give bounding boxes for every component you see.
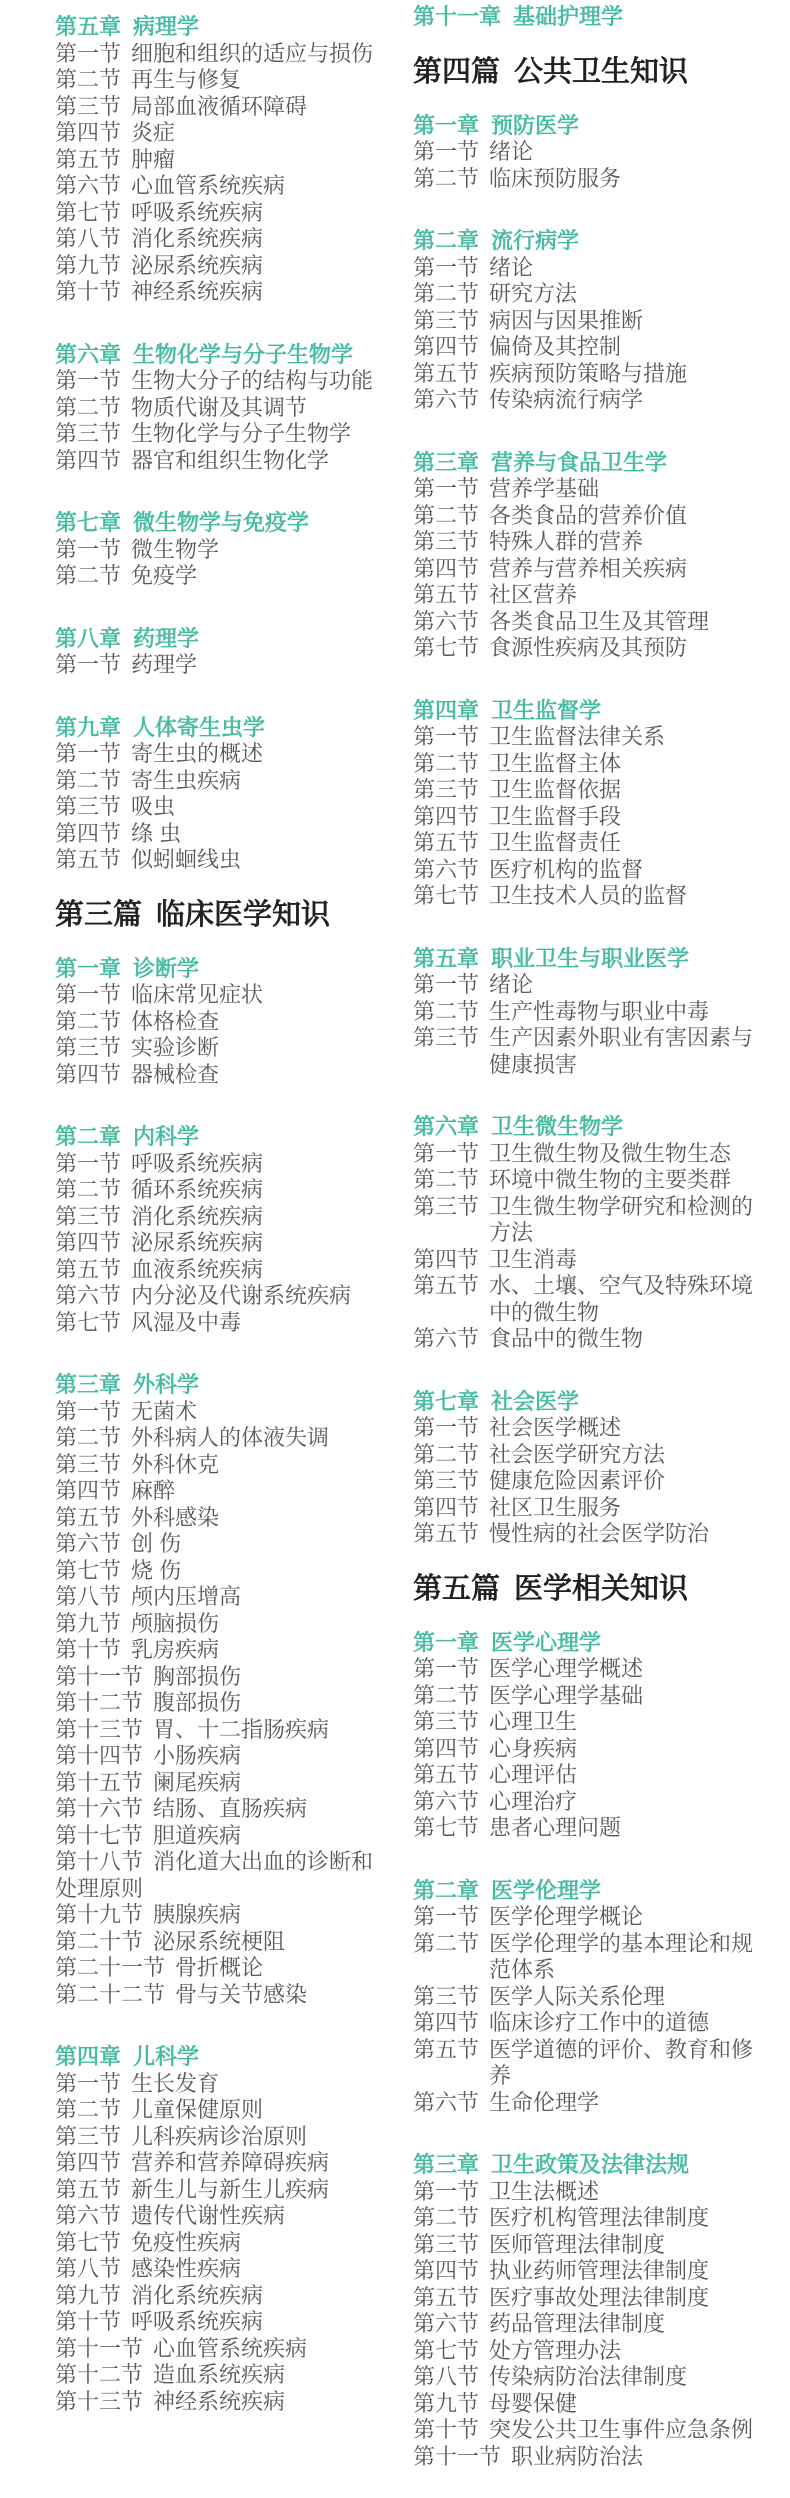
toc-entry: 第二节临床预防服务: [413, 166, 771, 193]
chapter-block: 第一章医学心理学第一节医学心理学概述第二节医学心理学基础第三节心理卫生第四节心身…: [413, 1630, 771, 1842]
section-title: 感染性疾病: [131, 2256, 395, 2283]
chapter-title: 药理学: [133, 626, 199, 653]
section-label: 第四节: [55, 448, 121, 475]
toc-entry: 第五节水、土壤、空气及特殊环境中的微生物: [413, 1273, 771, 1326]
section-title: 医学人际关系伦理: [489, 1984, 771, 2011]
section-label: 第二节: [55, 2097, 121, 2124]
chapter-title: 预防医学: [491, 113, 579, 140]
section-label: 第六节: [413, 1789, 479, 1816]
section-label: 第八节: [55, 1584, 121, 1611]
chapter-heading: 第四章卫生监督学: [413, 698, 771, 725]
section-title: 造血系统疾病: [153, 2362, 395, 2389]
section-label: 第九节: [55, 253, 121, 280]
section-title: 特殊人群的营养: [489, 529, 771, 556]
chapter-label: 第十一章: [413, 4, 501, 31]
section-label: 第八节: [413, 2364, 479, 2391]
section-label: 第十节: [55, 2309, 121, 2336]
chapter-title: 微生物学与免疫学: [133, 510, 309, 537]
section-title: 循环系统疾病: [131, 1177, 395, 1204]
section-label: 第十三节: [55, 1717, 143, 1744]
section-title: 卫生监督手段: [489, 804, 771, 831]
section-title: 体格检查: [131, 1009, 395, 1036]
section-title: 生产因素外职业有害因素与健康损害: [489, 1025, 771, 1078]
toc-entry: 第二节医学心理学基础: [413, 1683, 771, 1710]
toc-entry: 第五节医疗事故处理法律制度: [413, 2285, 771, 2312]
section-label: 第三节: [413, 529, 479, 556]
toc-entry: 第六节食品中的微生物: [413, 1326, 771, 1353]
section-label: 第三节: [55, 1452, 121, 1479]
section-label: 第九节: [55, 1611, 121, 1638]
section-title: 母婴保健: [489, 2391, 771, 2418]
chapter-block: 第九章人体寄生虫学第一节寄生虫的概述第二节寄生虫疾病第三节吸虫第四节绦 虫第五节…: [55, 715, 395, 874]
section-title: 绪论: [489, 972, 771, 999]
section-label: 第五节: [55, 1257, 121, 1284]
toc-entry: 第四节器官和组织生物化学: [55, 448, 395, 475]
section-title: 医学伦理学概论: [489, 1904, 771, 1931]
section-title: 血液系统疾病: [131, 1257, 395, 1284]
chapter-title: 生物化学与分子生物学: [133, 342, 353, 369]
chapter-label: 第五章: [413, 946, 479, 973]
section-label: 第九节: [55, 2283, 121, 2310]
section-title: 职业病防治法: [511, 2444, 771, 2471]
toc-entry: 第四节卫生监督手段: [413, 804, 771, 831]
section-label: 第五节: [55, 1505, 121, 1532]
toc-entry: 第二节外科病人的体液失调: [55, 1425, 395, 1452]
section-title: 寄生虫的概述: [131, 741, 395, 768]
section-title: 绪论: [489, 255, 771, 282]
section-title: 似蚓蛔线虫: [131, 847, 395, 874]
section-label: 第四节: [413, 1495, 479, 1522]
section-label: 第二节: [55, 1009, 121, 1036]
chapter-block: 第三章卫生政策及法律法规第一节卫生法概述第二节医疗机构管理法律制度第三节医师管理…: [413, 2152, 771, 2470]
section-title: 阑尾疾病: [153, 1770, 395, 1797]
toc-entry: 第四节泌尿系统疾病: [55, 1230, 395, 1257]
chapter-block: 第四章儿科学第一节生长发育第二节儿童保健原则第三节儿科疾病诊治原则第四节营养和营…: [55, 2044, 395, 2415]
toc-entry: 第二节研究方法: [413, 281, 771, 308]
chapter-label: 第二章: [413, 228, 479, 255]
chapter-heading: 第二章流行病学: [413, 228, 771, 255]
section-label: 第五节: [413, 830, 479, 857]
toc-entry: 第八节感染性疾病: [55, 2256, 395, 2283]
toc-entry: 第八节消化系统疾病: [55, 226, 395, 253]
section-title: 胃、十二指肠疾病: [153, 1717, 395, 1744]
part-heading: 第三篇临床医学知识: [55, 898, 395, 932]
toc-entry: 第二节环境中微生物的主要类群: [413, 1167, 771, 1194]
toc-entry: 第三节吸虫: [55, 794, 395, 821]
toc-entry: 第七节风湿及中毒: [55, 1310, 395, 1337]
toc-entry: 第四节绦 虫: [55, 821, 395, 848]
toc-entry: 第三节卫生监督依据: [413, 777, 771, 804]
section-label: 第四节: [55, 1062, 121, 1089]
toc-entry: 第八节传染病防治法律制度: [413, 2364, 771, 2391]
toc-entry: 第九节颅脑损伤: [55, 1611, 395, 1638]
chapter-label: 第三章: [55, 1372, 121, 1399]
chapter-label: 第六章: [413, 1114, 479, 1141]
toc-entry: 第三节局部血液循环障碍: [55, 94, 395, 121]
section-label: 第五节: [413, 2285, 479, 2312]
toc-entry: 第五节医学道德的评价、教育和修养: [413, 2037, 771, 2090]
section-title: 疾病预防策略与措施: [489, 361, 771, 388]
toc-entry: 第五节慢性病的社会医学防治: [413, 1521, 771, 1548]
chapter-block: 第一章诊断学第一节临床常见症状第二节体格检查第三节实验诊断第四节器械检查: [55, 956, 395, 1089]
section-title: 胆道疾病: [153, 1823, 395, 1850]
section-title: 内分泌及代谢系统疾病: [131, 1283, 395, 1310]
toc-entry: 第一节卫生监督法律关系: [413, 724, 771, 751]
chapter-heading: 第九章人体寄生虫学: [55, 715, 395, 742]
toc-entry: 第十节神经系统疾病: [55, 279, 395, 306]
toc-entry: 第一节绪论: [413, 255, 771, 282]
chapter-heading: 第五章病理学: [55, 14, 395, 41]
chapter-heading: 第四章儿科学: [55, 2044, 395, 2071]
section-label: 第八节: [55, 2256, 121, 2283]
section-label: 第二节: [55, 67, 121, 94]
chapter-label: 第九章: [55, 715, 121, 742]
section-label: 第三节: [413, 777, 479, 804]
toc-entry: 第四节炎症: [55, 120, 395, 147]
toc-entry: 第一节寄生虫的概述: [55, 741, 395, 768]
toc-entry: 第三节生物化学与分子生物学: [55, 421, 395, 448]
chapter-block: 第四章卫生监督学第一节卫生监督法律关系第二节卫生监督主体第三节卫生监督依据第四节…: [413, 698, 771, 910]
section-label: 第二节: [55, 1177, 121, 1204]
section-title: 医疗机构管理法律制度: [489, 2205, 771, 2232]
chapter-block: 第二章内科学第一节呼吸系统疾病第二节循环系统疾病第三节消化系统疾病第四节泌尿系统…: [55, 1124, 395, 1336]
chapter-heading: 第三章外科学: [55, 1372, 395, 1399]
toc-entry: 第四节营养与营养相关疾病: [413, 556, 771, 583]
toc-entry: 第二节再生与修复: [55, 67, 395, 94]
toc-entry: 第二节寄生虫疾病: [55, 768, 395, 795]
section-title: 肿瘤: [131, 147, 395, 174]
section-label: 第十三节: [55, 2389, 143, 2416]
toc-entry: 第二节医学伦理学的基本理论和规范体系: [413, 1931, 771, 1984]
section-label: 第四节: [413, 556, 479, 583]
chapter-label: 第六章: [55, 342, 121, 369]
section-title: 临床常见症状: [131, 982, 395, 1009]
chapter-block: 第三章外科学第一节无菌术第二节外科病人的体液失调第三节外科休克第四节麻醉第五节外…: [55, 1372, 395, 2008]
toc-entry: 第一节微生物学: [55, 537, 395, 564]
toc-entry: 第十三节胃、十二指肠疾病: [55, 1717, 395, 1744]
section-label: 第四节: [413, 1247, 479, 1274]
section-label: 第五节: [413, 2037, 479, 2064]
chapter-title: 儿科学: [133, 2044, 199, 2071]
toc-entry: 第六节传染病流行病学: [413, 387, 771, 414]
section-label: 第四节: [413, 804, 479, 831]
toc-entry: 第一节生物大分子的结构与功能: [55, 368, 395, 395]
toc-entry: 第三节医师管理法律制度: [413, 2232, 771, 2259]
toc-entry: 第二节各类食品的营养价值: [413, 503, 771, 530]
section-label: 第十五节: [55, 1770, 143, 1797]
section-title: 慢性病的社会医学防治: [489, 1521, 771, 1548]
section-label: 第十节: [55, 1637, 121, 1664]
toc-entry: 第十七节胆道疾病: [55, 1823, 395, 1850]
section-title: 泌尿系统梗阻: [153, 1929, 395, 1956]
toc-entry: 第四节偏倚及其控制: [413, 334, 771, 361]
toc-entry: 第三节生产因素外职业有害因素与健康损害: [413, 1025, 771, 1078]
chapter-label: 第五章: [55, 14, 121, 41]
toc-entry: 第十节突发公共卫生事件应急条例: [413, 2417, 771, 2444]
section-title: 社区卫生服务: [489, 1495, 771, 1522]
section-title: 寄生虫疾病: [131, 768, 395, 795]
part-title: 公共卫生知识: [514, 55, 688, 89]
chapter-title: 病理学: [133, 14, 199, 41]
chapter-heading: 第三章卫生政策及法律法规: [413, 2152, 771, 2179]
section-label: 第六节: [413, 387, 479, 414]
toc-entry: 第四节器械检查: [55, 1062, 395, 1089]
section-label: 第一节: [413, 255, 479, 282]
chapter-heading: 第一章诊断学: [55, 956, 395, 983]
section-label: 第六节: [413, 857, 479, 884]
chapter-title: 卫生监督学: [491, 698, 601, 725]
section-label: 第一节: [55, 537, 121, 564]
toc-entry: 第一节生长发育: [55, 2071, 395, 2098]
part-label: 第三篇: [55, 898, 142, 932]
section-title: 营养和营养障碍疾病: [131, 2150, 395, 2177]
chapter-title: 人体寄生虫学: [133, 715, 265, 742]
toc-entry: 第十八节消化道大出血的诊断和处理原则: [55, 1849, 395, 1902]
chapter-title: 医学伦理学: [491, 1878, 601, 1905]
toc-entry: 第一节医学伦理学概论: [413, 1904, 771, 1931]
chapter-title: 卫生微生物学: [491, 1114, 623, 1141]
chapter-block: 第十一章基础护理学: [413, 4, 771, 31]
chapter-heading: 第七章社会医学: [413, 1389, 771, 1416]
part-label: 第五篇: [413, 1572, 500, 1606]
section-label: 第六节: [413, 2311, 479, 2338]
section-title: 炎症: [131, 120, 395, 147]
toc-entry: 第一节绪论: [413, 139, 771, 166]
chapter-title: 社会医学: [491, 1389, 579, 1416]
section-title: 呼吸系统疾病: [131, 1151, 395, 1178]
section-title: 医学心理学基础: [489, 1683, 771, 1710]
toc-entry: 第一节绪论: [413, 972, 771, 999]
section-title: 消化系统疾病: [131, 2283, 395, 2310]
section-label: 第三节: [413, 1468, 479, 1495]
chapter-heading: 第二章内科学: [55, 1124, 395, 1151]
toc-entry: 第三节病因与因果推断: [413, 308, 771, 335]
section-title: 心理卫生: [489, 1709, 771, 1736]
toc-entry: 第七节食源性疾病及其预防: [413, 635, 771, 662]
section-title: 卫生微生物及微生物生态: [489, 1141, 771, 1168]
section-title: 心理治疗: [489, 1789, 771, 1816]
chapter-label: 第一章: [413, 113, 479, 140]
chapter-title: 医学心理学: [491, 1630, 601, 1657]
toc-entry: 第四节社区卫生服务: [413, 1495, 771, 1522]
section-label: 第一节: [413, 1415, 479, 1442]
section-title: 临床预防服务: [489, 166, 771, 193]
section-label: 第一节: [413, 1904, 479, 1931]
section-title: 病因与因果推断: [489, 308, 771, 335]
toc-entry: 第六节创 伤: [55, 1531, 395, 1558]
section-label: 第十四节: [55, 1743, 143, 1770]
toc-entry: 第三节卫生微生物学研究和检测的方法: [413, 1194, 771, 1247]
section-label: 第十一节: [413, 2444, 501, 2471]
section-label: 第六节: [55, 1283, 121, 1310]
toc-entry: 第六节内分泌及代谢系统疾病: [55, 1283, 395, 1310]
section-label: 第三节: [55, 421, 121, 448]
chapter-heading: 第二章医学伦理学: [413, 1878, 771, 1905]
toc-entry: 第九节泌尿系统疾病: [55, 253, 395, 280]
section-title: 绦 虫: [131, 821, 395, 848]
toc-entry: 第十节乳房疾病: [55, 1637, 395, 1664]
section-title: 水、土壤、空气及特殊环境中的微生物: [489, 1273, 771, 1326]
section-title: 呼吸系统疾病: [131, 2309, 395, 2336]
chapter-block: 第八章药理学第一节药理学: [55, 626, 395, 679]
section-title: 新生儿与新生儿疾病: [131, 2177, 395, 2204]
section-label: 第三节: [413, 1984, 479, 2011]
section-title: 消化系统疾病: [131, 1204, 395, 1231]
section-label: 第二十节: [55, 1929, 143, 1956]
toc-entry: 第三节健康危险因素评价: [413, 1468, 771, 1495]
toc-entry: 第二十二节骨与关节感染: [55, 1982, 395, 2009]
toc-entry: 第十节呼吸系统疾病: [55, 2309, 395, 2336]
section-title: 细胞和组织的适应与损伤: [131, 41, 395, 68]
section-label: 第一节: [413, 1141, 479, 1168]
section-title: 医师管理法律制度: [489, 2232, 771, 2259]
section-title: 麻醉: [131, 1478, 395, 1505]
section-label: 第十九节: [55, 1902, 143, 1929]
section-title: 乳房疾病: [131, 1637, 395, 1664]
section-label: 第七节: [413, 1815, 479, 1842]
toc-entry: 第十五节阑尾疾病: [55, 1770, 395, 1797]
section-title: 医疗事故处理法律制度: [489, 2285, 771, 2312]
section-title: 各类食品卫生及其管理: [489, 609, 771, 636]
section-title: 心血管系统疾病: [153, 2336, 395, 2363]
section-label: 第四节: [55, 1478, 121, 1505]
section-label: 第二节: [413, 1167, 479, 1194]
section-label: 第二节: [55, 1425, 121, 1452]
chapter-label: 第七章: [413, 1389, 479, 1416]
section-label: 第二节: [55, 563, 121, 590]
section-label: 第四节: [55, 1230, 121, 1257]
toc-entry: 第十二节腹部损伤: [55, 1690, 395, 1717]
toc-entry: 第九节消化系统疾病: [55, 2283, 395, 2310]
chapter-block: 第六章卫生微生物学第一节卫生微生物及微生物生态第二节环境中微生物的主要类群第三节…: [413, 1114, 771, 1353]
toc-entry: 第十一节职业病防治法: [413, 2444, 771, 2471]
section-label: 第二节: [413, 281, 479, 308]
chapter-title: 基础护理学: [513, 4, 623, 31]
section-label: 第六节: [55, 1531, 121, 1558]
section-title: 健康危险因素评价: [489, 1468, 771, 1495]
chapter-heading: 第十一章基础护理学: [413, 4, 771, 31]
section-title: 吸虫: [131, 794, 395, 821]
section-title: 各类食品的营养价值: [489, 503, 771, 530]
section-label: 第四节: [413, 2010, 479, 2037]
section-title: 临床诊疗工作中的道德: [489, 2010, 771, 2037]
toc-entry: 第二节免疫学: [55, 563, 395, 590]
section-label: 第三节: [413, 1709, 479, 1736]
section-title: 社会医学概述: [489, 1415, 771, 1442]
section-title: 神经系统疾病: [131, 279, 395, 306]
chapter-heading: 第三章营养与食品卫生学: [413, 450, 771, 477]
section-title: 消化系统疾病: [131, 226, 395, 253]
section-title: 生产性毒物与职业中毒: [489, 999, 771, 1026]
section-label: 第一节: [413, 972, 479, 999]
chapter-block: 第七章微生物学与免疫学第一节微生物学第二节免疫学: [55, 510, 395, 590]
chapter-label: 第三章: [413, 2152, 479, 2179]
section-title: 医疗机构的监督: [489, 857, 771, 884]
toc-entry: 第五节新生儿与新生儿疾病: [55, 2177, 395, 2204]
toc-entry: 第八节颅内压增高: [55, 1584, 395, 1611]
section-label: 第二节: [413, 1931, 479, 1958]
toc-entry: 第四节卫生消毒: [413, 1247, 771, 1274]
section-label: 第一节: [413, 2179, 479, 2206]
section-title: 心身疾病: [489, 1736, 771, 1763]
section-title: 免疫性疾病: [131, 2230, 395, 2257]
section-label: 第一节: [55, 368, 121, 395]
section-title: 卫生监督主体: [489, 751, 771, 778]
section-label: 第一节: [413, 1656, 479, 1683]
section-title: 突发公共卫生事件应急条例: [489, 2417, 771, 2444]
section-label: 第四节: [55, 2150, 121, 2177]
chapter-block: 第五章病理学第一节细胞和组织的适应与损伤第二节再生与修复第三节局部血液循环障碍第…: [55, 14, 395, 306]
section-title: 器械检查: [131, 1062, 395, 1089]
chapter-label: 第一章: [413, 1630, 479, 1657]
section-title: 卫生监督依据: [489, 777, 771, 804]
section-label: 第三节: [55, 94, 121, 121]
chapter-heading: 第五章职业卫生与职业医学: [413, 946, 771, 973]
toc-entry: 第四节临床诊疗工作中的道德: [413, 2010, 771, 2037]
chapter-label: 第二章: [55, 1124, 121, 1151]
section-title: 卫生法概述: [489, 2179, 771, 2206]
section-label: 第七节: [55, 2230, 121, 2257]
chapter-block: 第七章社会医学第一节社会医学概述第二节社会医学研究方法第三节健康危险因素评价第四…: [413, 1389, 771, 1548]
toc-entry: 第九节母婴保健: [413, 2391, 771, 2418]
toc-entry: 第六节心血管系统疾病: [55, 173, 395, 200]
section-title: 生长发育: [131, 2071, 395, 2098]
section-label: 第七节: [55, 1558, 121, 1585]
section-title: 卫生微生物学研究和检测的方法: [489, 1194, 771, 1247]
section-title: 营养学基础: [489, 476, 771, 503]
toc-entry: 第七节呼吸系统疾病: [55, 200, 395, 227]
section-title: 社会医学研究方法: [489, 1442, 771, 1469]
toc-entry: 第七节烧 伤: [55, 1558, 395, 1585]
section-label: 第五节: [55, 847, 121, 874]
toc-entry: 第二十一节骨折概论: [55, 1955, 395, 1982]
toc-entry: 第六节心理治疗: [413, 1789, 771, 1816]
section-title: 药理学: [131, 652, 395, 679]
chapter-heading: 第一章预防医学: [413, 113, 771, 140]
section-title: 器官和组织生物化学: [131, 448, 395, 475]
toc-entry: 第十三节神经系统疾病: [55, 2389, 395, 2416]
toc-entry: 第六节药品管理法律制度: [413, 2311, 771, 2338]
section-title: 泌尿系统疾病: [131, 1230, 395, 1257]
section-title: 卫生技术人员的监督: [489, 883, 771, 910]
section-title: 骨折概论: [175, 1955, 395, 1982]
section-title: 生物大分子的结构与功能: [131, 368, 395, 395]
chapter-block: 第一章预防医学第一节绪论第二节临床预防服务: [413, 113, 771, 193]
section-label: 第一节: [413, 476, 479, 503]
toc-entry: 第二十节泌尿系统梗阻: [55, 1929, 395, 1956]
section-label: 第一节: [413, 724, 479, 751]
section-title: 营养与营养相关疾病: [489, 556, 771, 583]
section-label: 第五节: [55, 147, 121, 174]
section-label: 第六节: [413, 2090, 479, 2117]
toc-entry: 第二节儿童保健原则: [55, 2097, 395, 2124]
section-label: 第二十二节: [55, 1982, 165, 2009]
toc-entry: 第一节药理学: [55, 652, 395, 679]
toc-entry: 第三节特殊人群的营养: [413, 529, 771, 556]
section-label: 第六节: [55, 173, 121, 200]
toc-entry: 第一节无菌术: [55, 1399, 395, 1426]
section-title: 卫生消毒: [489, 1247, 771, 1274]
section-label: 第一节: [55, 1151, 121, 1178]
section-label: 第三节: [413, 1194, 479, 1221]
section-title: 免疫学: [131, 563, 395, 590]
section-title: 胰腺疾病: [153, 1902, 395, 1929]
toc-entry: 第四节麻醉: [55, 1478, 395, 1505]
toc-entry: 第二节体格检查: [55, 1009, 395, 1036]
section-title: 物质代谢及其调节: [131, 395, 395, 422]
section-label: 第一节: [55, 652, 121, 679]
chapter-block: 第五章职业卫生与职业医学第一节绪论第二节生产性毒物与职业中毒第三节生产因素外职业…: [413, 946, 771, 1079]
